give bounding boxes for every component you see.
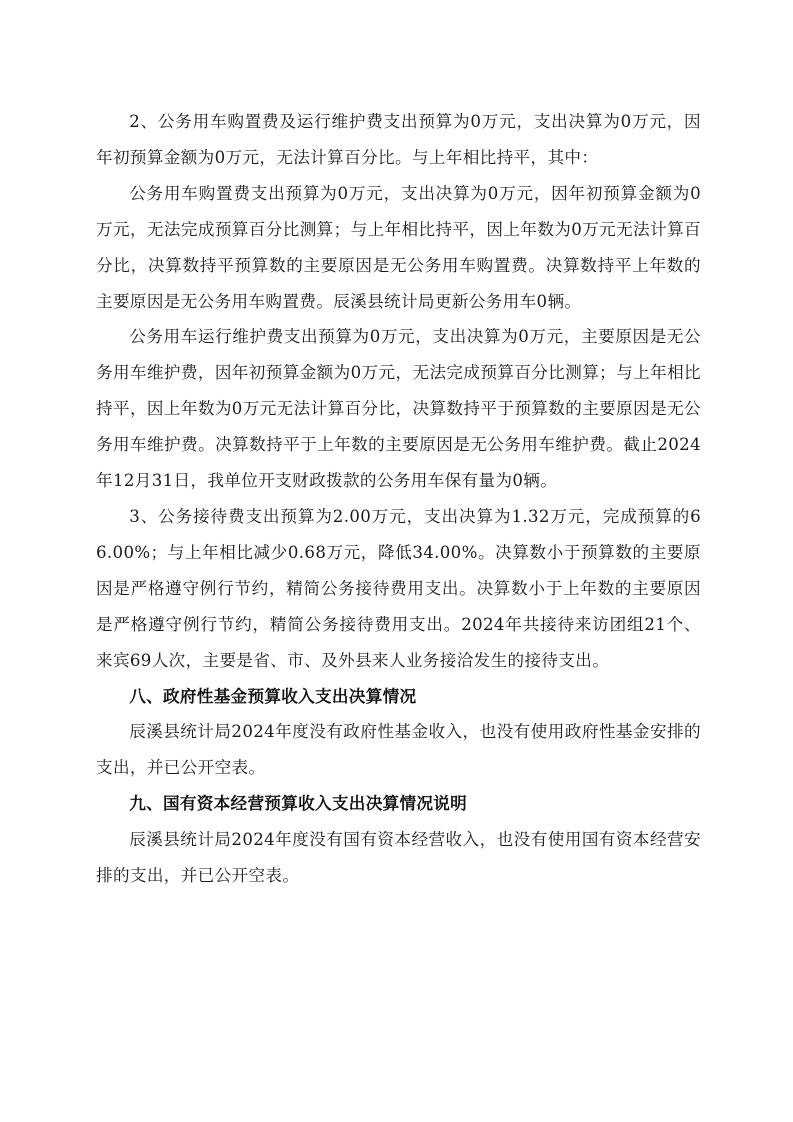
paragraph-vehicle-maintenance: 公务用车运行维护费支出预算为0万元，支出决算为0万元，主要原因是无公务用车维护费… bbox=[96, 319, 701, 499]
paragraph-government-fund: 辰溪县统计局2024年度没有政府性基金收入，也没有使用政府性基金安排的支出，并已… bbox=[96, 714, 701, 786]
paragraph-vehicle-expenses-summary: 2、公务用车购置费及运行维护费支出预算为0万元，支出决算为0万元，因年初预算金额… bbox=[96, 104, 701, 176]
section-heading-government-fund: 八、政府性基金预算收入支出决算情况 bbox=[96, 679, 701, 715]
paragraph-reception-expenses: 3、公务接待费支出预算为2.00万元，支出决算为1.32万元，完成预算的66.0… bbox=[96, 499, 701, 679]
document-page: 2、公务用车购置费及运行维护费支出预算为0万元，支出决算为0万元，因年初预算金额… bbox=[96, 104, 701, 894]
paragraph-vehicle-purchase: 公务用车购置费支出预算为0万元，支出决算为0万元，因年初预算金额为0万元，无法完… bbox=[96, 176, 701, 320]
section-heading-state-capital: 九、国有资本经营预算收入支出决算情况说明 bbox=[96, 786, 701, 822]
paragraph-state-capital: 辰溪县统计局2024年度没有国有资本经营收入，也没有使用国有资本经营安排的支出，… bbox=[96, 822, 701, 894]
